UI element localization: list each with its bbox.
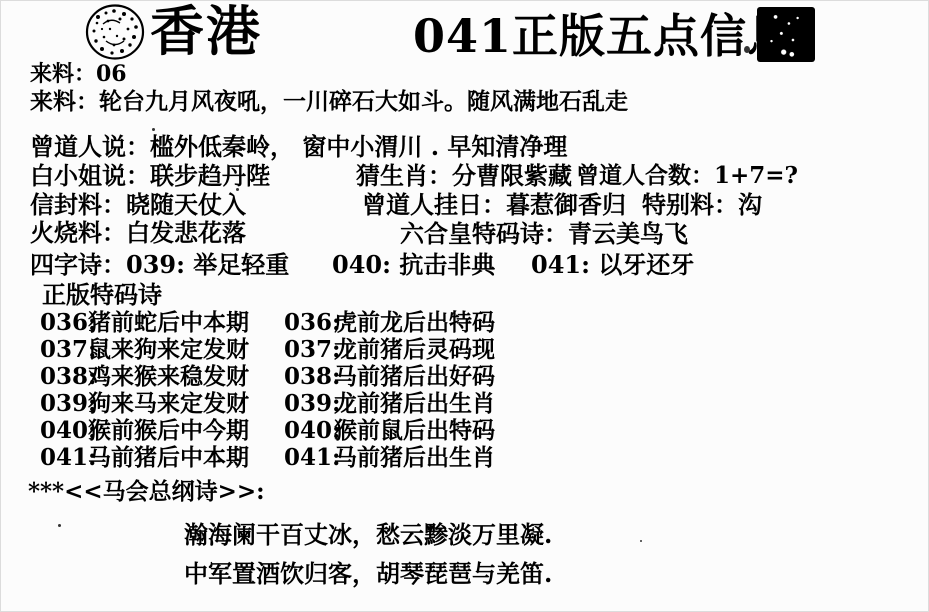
scan-noise-dot	[58, 524, 61, 527]
scan-noise-dot	[236, 188, 239, 191]
row-number-right: 036:	[284, 310, 341, 336]
line-emperor-poem: 六合皇特码诗：青云美鸟飞	[400, 220, 688, 248]
line-source-poem: 来料：轮台九月风夜吼，一川碎石大如斗。随风满地石乱走	[30, 89, 628, 115]
row-text-left: 狗来马来定发财	[88, 391, 249, 417]
temai-section-heading: 正版特码诗	[42, 281, 162, 309]
page-title: 041正版五点信息	[413, 10, 794, 63]
row-text-left: 马前猪后中本期	[88, 445, 249, 471]
row-number-right: 039:	[284, 391, 341, 417]
line-fourchar-041: 041: 以牙还牙	[531, 251, 694, 279]
hongkong-globe-logo-icon	[84, 3, 148, 67]
line-source-number: 来料：06	[30, 62, 127, 87]
row-number-right: 038:	[284, 364, 341, 390]
row-number-right: 040:	[284, 418, 341, 444]
row-text-left: 猴前猴后中今期	[88, 418, 249, 444]
line-guess-zodiac: 猜生肖：分曹限紫藏	[356, 162, 572, 190]
row-text-right: 马前猪后出好码	[334, 364, 495, 390]
tipsheet-page: 香港 041正版五点信息 来料：06 来料：轮台九月风夜吼，一川碎石大如斗。随风…	[0, 0, 929, 612]
scan-noise-dot	[640, 540, 642, 542]
row-number-right: 041:	[284, 445, 341, 471]
region-label: 香港	[150, 0, 262, 62]
scan-noise-dot	[744, 46, 750, 53]
outline-poem-line-2: 中军置酒饮归客，胡琴琵琶与羌笛.	[184, 560, 552, 588]
line-fire-tip: 火烧料：白发悲花落	[30, 219, 246, 247]
outline-poem-line-1: 瀚海阑干百丈冰，愁云黪淡万里凝.	[184, 521, 552, 549]
row-text-left: 猪前蛇后中本期	[88, 310, 249, 336]
scan-noise-dot	[152, 128, 155, 131]
line-zengdaoren-says: 曾道人说：槛外低秦岭， 窗中小渭川 . 早知清净理	[30, 133, 567, 161]
outline-poem-heading: ***<<马会总纲诗>>:	[28, 479, 265, 505]
row-text-right: 猴前鼠后出特码	[334, 418, 495, 444]
row-text-right: 马前猪后出生肖	[334, 445, 495, 471]
row-text-right: 龙前猪后灵码现	[334, 337, 495, 363]
line-fourchar-039: 四字诗：039: 举足轻重	[30, 251, 289, 279]
line-envelope-tip: 信封料：晓随天仗入	[30, 191, 246, 219]
line-zengdaoren-quote: 曾道人挂日：暮惹御香归	[362, 191, 626, 219]
line-sum-hint: 曾道人合数：1+7=?	[576, 163, 798, 189]
line-special-tip: 特别料：沟	[642, 191, 762, 219]
row-number-right: 037:	[284, 337, 341, 363]
row-text-right: 虎前龙后出特码	[334, 310, 495, 336]
row-text-right: 龙前猪后出生肖	[334, 391, 495, 417]
seal-stamp-icon	[757, 7, 815, 62]
line-fourchar-040: 040: 抗击非典	[332, 251, 495, 279]
line-baixiaojie-says: 白小姐说：联步趋丹陛	[30, 162, 270, 190]
row-text-left: 鼠来狗来定发财	[88, 337, 249, 363]
row-text-left: 鸡来猴来稳发财	[88, 364, 249, 390]
